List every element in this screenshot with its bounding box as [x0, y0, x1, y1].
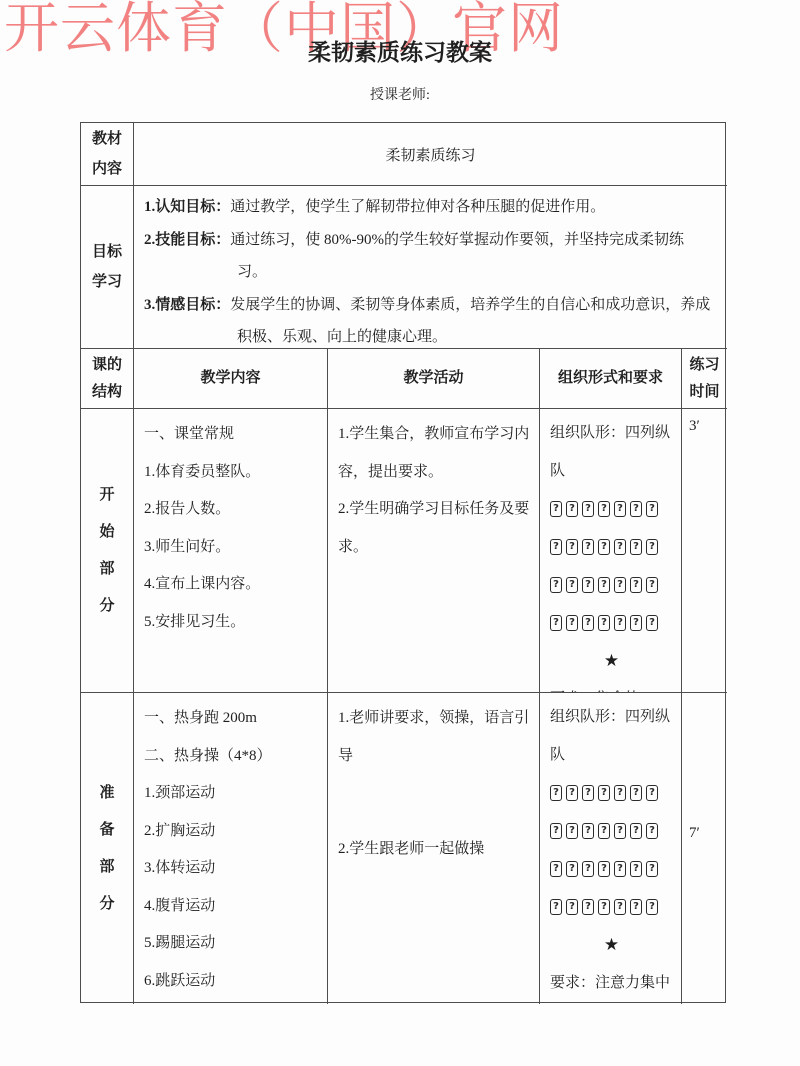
- lesson-plan-document: 开云体育（中国）官网 柔韧素质练习教案 授课老师: 教材内容 柔韧素质练习 目标…: [0, 0, 800, 1066]
- missing-glyph-box: ?: [566, 501, 578, 517]
- missing-glyph-box: ?: [598, 577, 610, 593]
- start-section-label: 开始部分: [81, 409, 134, 693]
- formation-grid: ????????????????????????????: [550, 490, 673, 642]
- content-line: 1.体育委员整队。: [144, 454, 321, 492]
- content-line: 5.安排见习生。: [144, 604, 321, 642]
- material-value-cell: 柔韧素质练习: [134, 123, 727, 186]
- requirement-text: 要求：注意力集中精神饱满认真练习: [550, 964, 673, 1004]
- missing-glyph-box: ?: [646, 615, 658, 631]
- missing-glyph-box: ?: [646, 785, 658, 801]
- label-char: 部: [99, 849, 114, 886]
- header-line: 课的: [92, 352, 122, 379]
- missing-glyph-box: ?: [630, 539, 642, 555]
- missing-glyph-box: ?: [614, 539, 626, 555]
- missing-glyph-box: ?: [630, 823, 642, 839]
- missing-glyph-box: ?: [646, 899, 658, 915]
- label-char: 始: [99, 514, 114, 551]
- missing-glyph-box: ?: [598, 615, 610, 631]
- page-title: 柔韧素质练习教案: [0, 34, 800, 67]
- missing-glyph-box: ?: [566, 615, 578, 631]
- time-value: 7′: [689, 825, 700, 841]
- missing-glyph-box: ?: [614, 615, 626, 631]
- header-structure: 课的结构: [81, 349, 134, 409]
- requirement-text: 要求：集合快、静、齐: [550, 680, 673, 693]
- missing-glyph-box: ?: [630, 501, 642, 517]
- label-char: 开: [99, 477, 114, 514]
- formation-text: 组织队形：四列纵队: [550, 414, 673, 490]
- formation-row: ???????: [550, 528, 673, 566]
- formation-row: ???????: [550, 888, 673, 926]
- missing-glyph-box: ?: [582, 501, 594, 517]
- missing-glyph-box: ?: [646, 861, 658, 877]
- content-line: 4.腹背运动: [144, 888, 321, 926]
- missing-glyph-box: ?: [614, 823, 626, 839]
- missing-glyph-box: ?: [582, 577, 594, 593]
- label-char: 备: [99, 812, 114, 849]
- content-line: 3.师生问好。: [144, 529, 321, 567]
- missing-glyph-box: ?: [566, 823, 578, 839]
- formation-row: ???????: [550, 566, 673, 604]
- missing-glyph-box: ?: [566, 899, 578, 915]
- activity-paragraph: 1.学生集合，教师宣布学习内容，提出要求。: [338, 416, 531, 491]
- header-line: 结构: [92, 379, 122, 406]
- missing-glyph-box: ?: [566, 539, 578, 555]
- activity-paragraph: 2.学生跟老师一起做操: [338, 831, 531, 869]
- label-char: 准: [99, 775, 114, 812]
- content-line: 一、热身跑 200m: [144, 700, 321, 738]
- content-line: 一、课堂常规: [144, 416, 321, 454]
- missing-glyph-box: ?: [598, 823, 610, 839]
- missing-glyph-box: ?: [646, 501, 658, 517]
- missing-glyph-box: ?: [646, 823, 658, 839]
- lesson-plan-table: 教材内容 柔韧素质练习 目标学习 1.认知目标：通过教学，使学生了解韧带拉伸对各…: [80, 122, 726, 1003]
- start-activity-cell: 1.学生集合，教师宣布学习内容，提出要求。2.学生明确学习目标任务及要求。: [328, 409, 540, 693]
- label-char: 部: [99, 551, 114, 588]
- material-value: 柔韧素质练习: [385, 144, 475, 165]
- content-line: 4.宣布上课内容。: [144, 566, 321, 604]
- label-char: 分: [99, 588, 114, 625]
- goal-item: 2.技能目标：通过练习，使 80%-90%的学生较好掌握动作要领，并坚持完成柔韧…: [144, 224, 713, 289]
- missing-glyph-box: ?: [550, 823, 562, 839]
- formation-grid: ????????????????????????????: [550, 774, 673, 926]
- missing-glyph-box: ?: [598, 785, 610, 801]
- teacher-star-marker: ★: [550, 926, 673, 964]
- missing-glyph-box: ?: [582, 861, 594, 877]
- material-row-label: 教材内容: [81, 123, 134, 186]
- header-line: 练习: [689, 352, 719, 379]
- missing-glyph-box: ?: [598, 861, 610, 877]
- missing-glyph-box: ?: [646, 577, 658, 593]
- prepare-content-cell: 一、热身跑 200m二、热身操（4*8）1.颈部运动2.扩胸运动3.体转运动4.…: [134, 693, 328, 1004]
- teacher-label: 授课老师:: [0, 84, 800, 104]
- time-value: 3′: [689, 418, 700, 434]
- label-line: 目标: [92, 237, 122, 267]
- header-practice-time: 练习时间: [682, 349, 727, 409]
- missing-glyph-box: ?: [614, 577, 626, 593]
- header-teaching-content: 教学内容: [134, 349, 328, 409]
- header-line: 时间: [689, 379, 719, 406]
- content-line: 6.跳跃运动: [144, 963, 321, 1001]
- missing-glyph-box: ?: [614, 785, 626, 801]
- start-content-cell: 一、课堂常规1.体育委员整队。2.报告人数。3.师生问好。4.宣布上课内容。5.…: [134, 409, 328, 693]
- missing-glyph-box: ?: [630, 861, 642, 877]
- missing-glyph-box: ?: [566, 577, 578, 593]
- missing-glyph-box: ?: [550, 899, 562, 915]
- goal-item: 3.情感目标：发展学生的协调、柔韧等身体素质，培养学生的自信心和成功意识，养成积…: [144, 289, 713, 350]
- missing-glyph-box: ?: [582, 539, 594, 555]
- content-line: 3.体转运动: [144, 850, 321, 888]
- missing-glyph-box: ?: [582, 899, 594, 915]
- formation-row: ???????: [550, 604, 673, 642]
- missing-glyph-box: ?: [598, 539, 610, 555]
- missing-glyph-box: ?: [614, 899, 626, 915]
- prepare-activity-cell: 1.老师讲要求，领操，语言引导2.学生跟老师一起做操: [328, 693, 540, 1004]
- header-label: 组织形式和要求: [558, 365, 663, 392]
- teacher-star-marker: ★: [550, 642, 673, 680]
- formation-row: ???????: [550, 812, 673, 850]
- content-line: 2.扩胸运动: [144, 813, 321, 851]
- missing-glyph-box: ?: [630, 899, 642, 915]
- header-label: 教学活动: [403, 365, 463, 392]
- missing-glyph-box: ?: [598, 899, 610, 915]
- formation-row: ???????: [550, 850, 673, 888]
- missing-glyph-box: ?: [566, 861, 578, 877]
- content-line: 5.踢腿运动: [144, 925, 321, 963]
- missing-glyph-box: ?: [550, 539, 562, 555]
- missing-glyph-box: ?: [550, 615, 562, 631]
- missing-glyph-box: ?: [550, 501, 562, 517]
- content-line: 二、热身操（4*8）: [144, 738, 321, 776]
- goals-row-label: 目标学习: [81, 186, 134, 349]
- label-line: 学习: [92, 267, 122, 297]
- missing-glyph-box: ?: [566, 785, 578, 801]
- missing-glyph-box: ?: [582, 615, 594, 631]
- missing-glyph-box: ?: [550, 785, 562, 801]
- activity-paragraph: 2.学生明确学习目标任务及要求。: [338, 491, 531, 566]
- missing-glyph-box: ?: [630, 785, 642, 801]
- formation-row: ???????: [550, 774, 673, 812]
- missing-glyph-box: ?: [614, 861, 626, 877]
- content-line: 1.颈部运动: [144, 775, 321, 813]
- missing-glyph-box: ?: [550, 577, 562, 593]
- prepare-time-cell: 7′: [682, 693, 727, 1004]
- label-line: 内容: [92, 154, 122, 184]
- start-time-cell: 3′: [682, 409, 727, 693]
- header-label: 教学内容: [200, 365, 260, 392]
- missing-glyph-box: ?: [598, 501, 610, 517]
- formation-row: ???????: [550, 490, 673, 528]
- label-line: 教材: [92, 124, 122, 154]
- prepare-section-label: 准备部分: [81, 693, 134, 1004]
- missing-glyph-box: ?: [646, 539, 658, 555]
- prepare-organization-cell: 组织队形：四列纵队 ???????????????????????????? ★…: [540, 693, 682, 1004]
- label-char: 分: [99, 886, 114, 923]
- missing-glyph-box: ?: [582, 785, 594, 801]
- missing-glyph-box: ?: [614, 501, 626, 517]
- missing-glyph-box: ?: [630, 577, 642, 593]
- missing-glyph-box: ?: [582, 823, 594, 839]
- start-organization-cell: 组织队形：四列纵队 ???????????????????????????? ★…: [540, 409, 682, 693]
- content-line: 2.报告人数。: [144, 491, 321, 529]
- formation-text: 组织队形：四列纵队: [550, 698, 673, 774]
- missing-glyph-box: ?: [550, 861, 562, 877]
- header-organization: 组织形式和要求: [540, 349, 682, 409]
- header-teaching-activity: 教学活动: [328, 349, 540, 409]
- missing-glyph-box: ?: [630, 615, 642, 631]
- goals-body-cell: 1.认知目标：通过教学，使学生了解韧带拉伸对各种压腿的促进作用。2.技能目标：通…: [134, 186, 727, 349]
- activity-paragraph: 1.老师讲要求，领操，语言引导: [338, 700, 531, 775]
- goal-item: 1.认知目标：通过教学，使学生了解韧带拉伸对各种压腿的促进作用。: [144, 191, 713, 224]
